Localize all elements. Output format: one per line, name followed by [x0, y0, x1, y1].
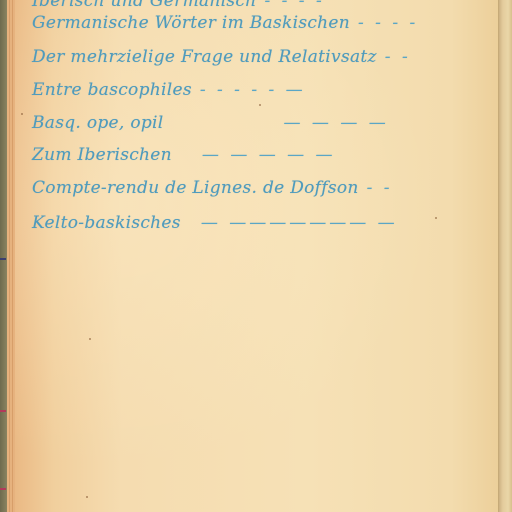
- toc-leader: — ——————— —: [201, 213, 398, 233]
- toc-entry: Germanische Wörter im Baskischen- - - -: [32, 13, 418, 33]
- toc-leader: - - - -: [265, 0, 325, 11]
- toc-leader: — — — — —: [202, 145, 336, 165]
- toc-entry-title: Germanische Wörter im Baskischen: [32, 13, 350, 33]
- toc-leader: - -: [367, 178, 393, 198]
- toc-entry-title: Iberisch und Germanisch: [32, 0, 257, 11]
- toc-entry: Kelto-baskisches— ——————— —: [32, 213, 398, 233]
- toc-entry: Basq. ope, opil— — — —: [32, 113, 389, 133]
- toc-entry-title: Kelto-baskisches: [32, 213, 181, 233]
- toc-entry-title: Zum Iberischen: [32, 145, 172, 165]
- toc-entry: Compte-rendu de Lignes. de Doffson- -: [32, 178, 393, 198]
- toc-list: Iberisch und Germanisch- - - - Germanisc…: [0, 0, 512, 512]
- toc-leader: - -: [385, 47, 411, 67]
- toc-leader: — — — —: [284, 113, 389, 133]
- toc-entry-title: Basq. ope, opil: [32, 113, 164, 133]
- toc-entry: Entre bascophiles- - - - - —: [32, 80, 306, 100]
- toc-entry-title: Entre bascophiles: [32, 80, 192, 100]
- toc-entry: Zum Iberischen— — — — —: [32, 145, 336, 165]
- toc-leader: - - - - - —: [200, 80, 306, 100]
- toc-entry-title: Der mehrzielige Frage und Relativsatz: [32, 47, 377, 67]
- toc-leader: - - - -: [358, 13, 418, 33]
- toc-entry-title: Compte-rendu de Lignes. de Doffson: [32, 178, 359, 198]
- toc-entry: Der mehrzielige Frage und Relativsatz- -: [32, 47, 411, 67]
- toc-entry: Iberisch und Germanisch- - - -: [32, 0, 325, 11]
